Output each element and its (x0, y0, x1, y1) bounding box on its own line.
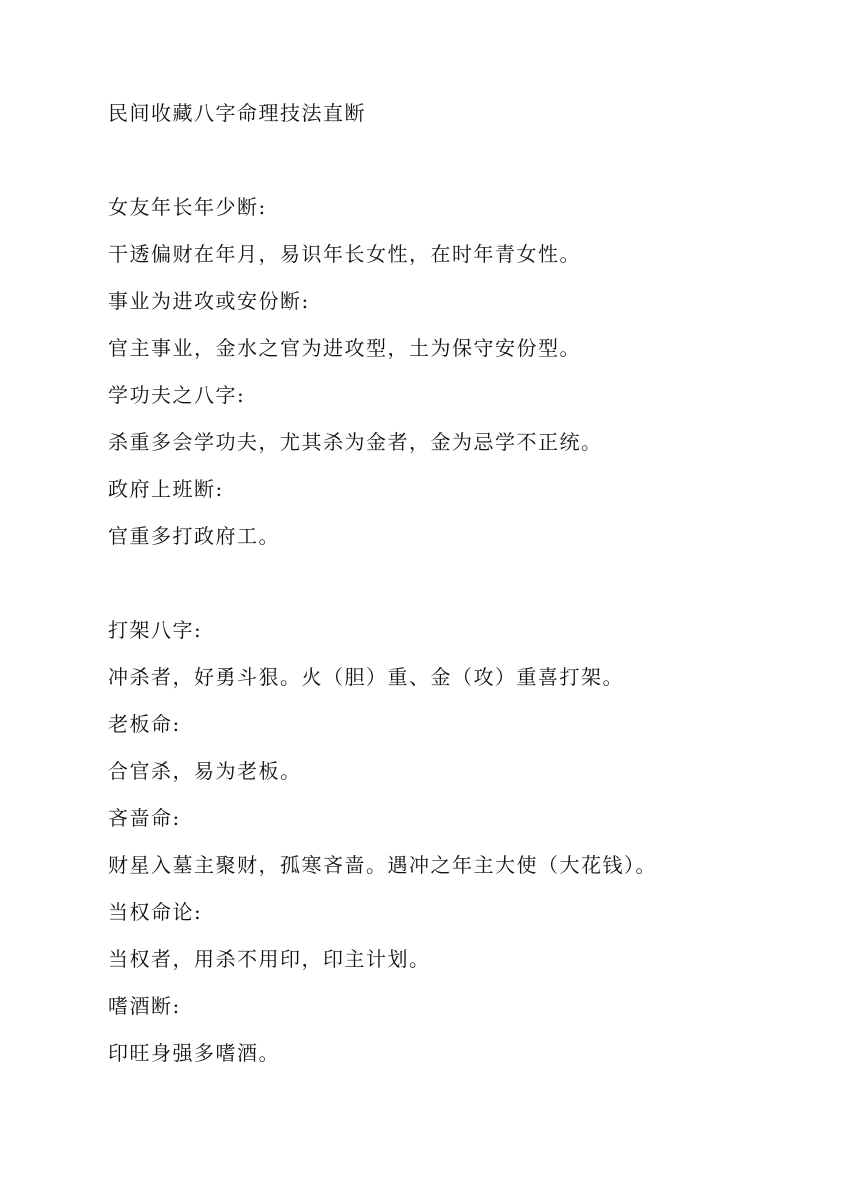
section-body: 杀重多会学功夫，尤其杀为金者，金为忌学不正统。 (108, 427, 808, 474)
section-heading: 事业为进攻或安份断: (108, 286, 808, 333)
section-heading: 女友年长年少断: (108, 192, 808, 239)
blank-line (108, 568, 808, 615)
section-heading: 学功夫之八字: (108, 380, 808, 427)
section-group-1: 女友年长年少断: 干透偏财在年月，易识年长女性，在时年青女性。 事业为进攻或安份… (108, 192, 808, 568)
section-heading: 老板命: (108, 709, 808, 756)
section-body: 干透偏财在年月，易识年长女性，在时年青女性。 (108, 239, 808, 286)
section-body: 财星入墓主聚财，孤寒吝啬。遇冲之年主大使（大花钱）。 (108, 850, 808, 897)
document-page: 民间收藏八字命理技法直断 女友年长年少断: 干透偏财在年月，易识年长女性，在时年… (108, 98, 808, 1085)
section-heading: 嗜酒断: (108, 991, 808, 1038)
section-heading: 打架八字: (108, 615, 808, 662)
document-title: 民间收藏八字命理技法直断 (108, 98, 808, 145)
section-heading: 政府上班断: (108, 474, 808, 521)
section-body: 合官杀，易为老板。 (108, 756, 808, 803)
section-heading: 吝啬命: (108, 803, 808, 850)
section-group-2: 打架八字: 冲杀者，好勇斗狠。火（胆）重、金（攻）重喜打架。 老板命: 合官杀，… (108, 615, 808, 1085)
section-body: 冲杀者，好勇斗狠。火（胆）重、金（攻）重喜打架。 (108, 662, 808, 709)
section-body: 当权者，用杀不用印，印主计划。 (108, 944, 808, 991)
section-heading: 当权命论: (108, 897, 808, 944)
section-body: 官主事业，金水之官为进攻型，土为保守安份型。 (108, 333, 808, 380)
section-body: 官重多打政府工。 (108, 521, 808, 568)
section-body: 印旺身强多嗜酒。 (108, 1038, 808, 1085)
